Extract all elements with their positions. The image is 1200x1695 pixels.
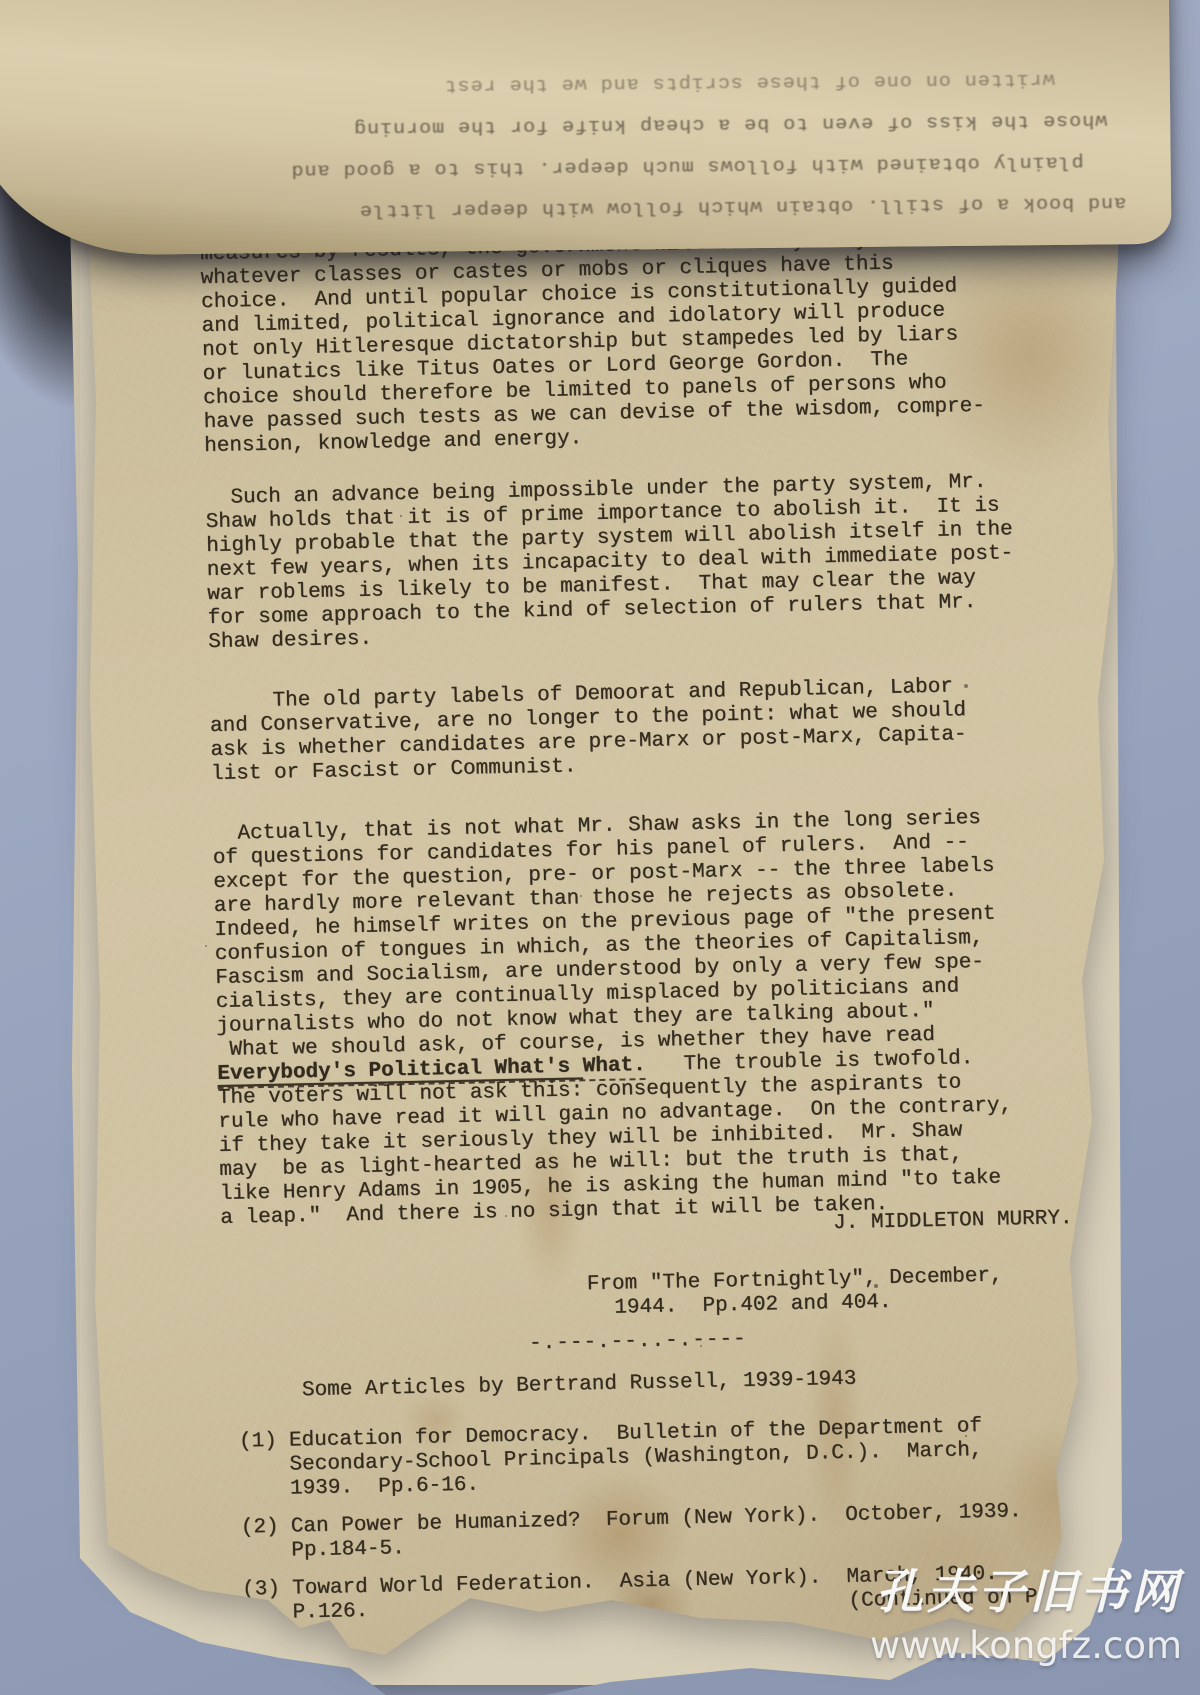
paragraph-quote-2: Such an advance being impossible under t… — [205, 469, 1080, 655]
article-number: (2) — [241, 1516, 292, 1565]
article-text: Education for Democracy. Bulletin of the… — [289, 1413, 1098, 1502]
paragraph-review-2: What we should ask, of course, is whethe… — [217, 1021, 1093, 1231]
article-number: (1) — [239, 1430, 290, 1503]
photo-of-typewritten-page: { "curl": { "lines": [ "and book a of st… — [0, 0, 1200, 1695]
watermark: 孔夫子旧书网 www.kongfz.com — [870, 1555, 1182, 1667]
paragraph-quote-3: The old party labels of Demoorat and Rep… — [209, 673, 1083, 787]
watermark-site-url: www.kongfz.com — [870, 1624, 1182, 1667]
watermark-site-name: 孔夫子旧书网 — [870, 1555, 1182, 1622]
document-page: ment ridiculous. Unless the people can c… — [60, 40, 1120, 1670]
paragraph-review-1: Actually, that is not what Mr. Shaw asks… — [212, 805, 1088, 1039]
curled-previous-page: and book a of still. obtain which follow… — [0, 0, 1172, 256]
typed-separator: -.---.--..-.---- — [529, 1321, 1095, 1357]
flipped-page-text: and book a of still. obtain which follow… — [25, 57, 1127, 234]
typewritten-text: ment ridiculous. Unless the people can c… — [160, 131, 1102, 1682]
article-text: Can Power be Humanized? Forum (New York)… — [291, 1499, 1100, 1564]
articles-list-heading: Some Articles by Bertrand Russell, 1939-… — [302, 1363, 1096, 1404]
article-item-1: (1) Education for Democracy. Bulletin of… — [239, 1413, 1098, 1503]
